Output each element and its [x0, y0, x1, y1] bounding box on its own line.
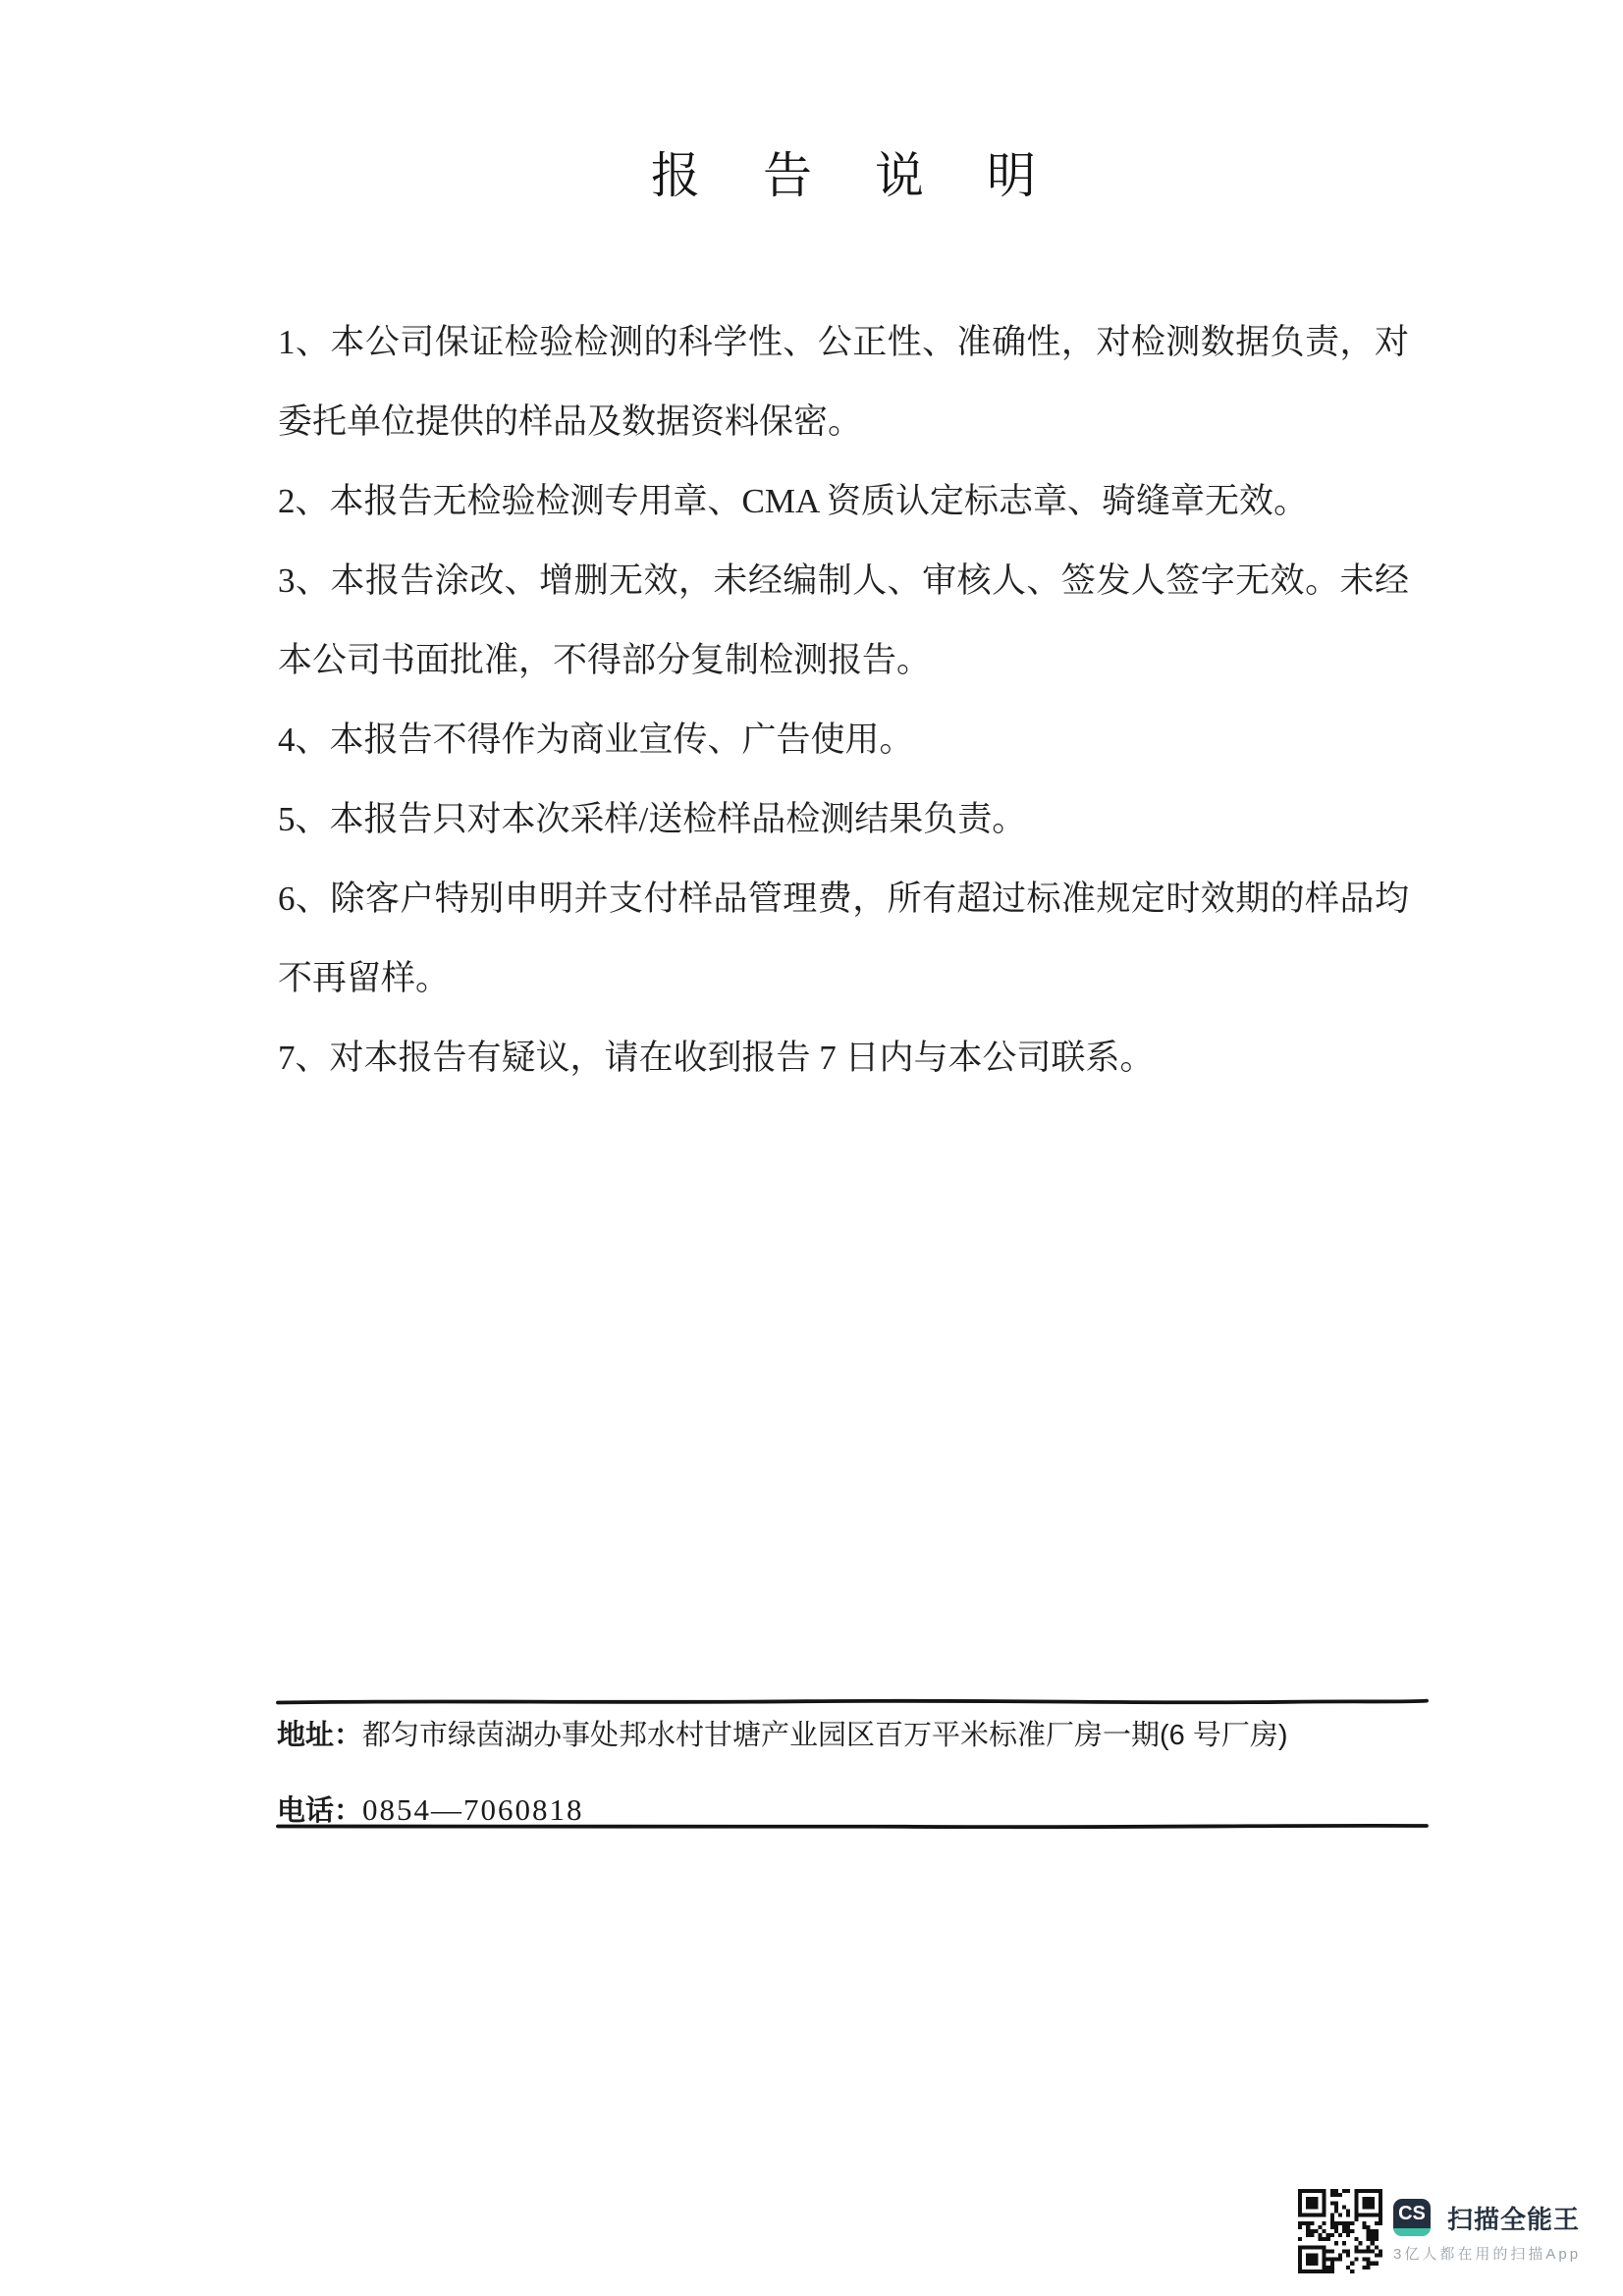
note-line: 5、本报告只对本次采样/送检样品检测结果负责。	[278, 779, 1409, 859]
hand-drawn-line	[276, 1697, 1429, 1707]
note-line: 3、本报告涂改、增删无效，未经编制人、审核人、签发人签字无效。未经	[278, 541, 1409, 620]
app-name: 扫描全能王	[1447, 2200, 1580, 2236]
address-row: 地址：都匀市绿茵湖办事处邦水村甘塘产业园区百万平米标准厂房一期(6 号厂房)	[277, 1713, 1430, 1753]
camscanner-logo-label: CS	[1393, 2199, 1431, 2228]
app-tagline: 3亿人都在用的扫描App	[1393, 2243, 1581, 2264]
note-line: 本公司书面批准，不得部分复制检测报告。	[278, 620, 1409, 700]
address-value: 都匀市绿茵湖办事处邦水村甘塘产业园区百万平米标准厂房一期(6 号厂房)	[362, 1720, 1288, 1751]
note-line: 6、除客户特别申明并支付样品管理费，所有超过标准规定时效期的样品均	[278, 859, 1409, 938]
address-label: 地址：	[277, 1720, 362, 1751]
footer-rule-bottom	[276, 1822, 1429, 1832]
camscanner-logo-icon: CS	[1393, 2199, 1431, 2236]
notes-section: 1、本公司保证检验检测的科学性、公正性、准确性，对检测数据负责，对 委托单位提供…	[278, 302, 1409, 1097]
note-line: 委托单位提供的样品及数据资料保密。	[278, 382, 1409, 461]
hand-drawn-line	[276, 1822, 1429, 1832]
qr-code-icon	[1298, 2189, 1382, 2273]
note-line: 1、本公司保证检验检测的科学性、公正性、准确性，对检测数据负责，对	[278, 302, 1409, 382]
page-title: 报告说明	[278, 145, 1409, 206]
footer-rule-top	[276, 1697, 1429, 1707]
document-page: 报告说明 1、本公司保证检验检测的科学性、公正性、准确性，对检测数据负责，对 委…	[0, 0, 1623, 2296]
scanner-watermark-text: CS 扫描全能王 3亿人都在用的扫描App	[1393, 2189, 1581, 2264]
note-line: 4、本报告不得作为商业宣传、广告使用。	[278, 700, 1409, 779]
note-line: 7、对本报告有疑议，请在收到报告 7 日内与本公司联系。	[278, 1018, 1409, 1097]
camscanner-logo-accent	[1393, 2228, 1431, 2236]
note-line: 不再留样。	[278, 938, 1409, 1018]
scanner-watermark: CS 扫描全能王 3亿人都在用的扫描App	[1298, 2189, 1581, 2273]
note-line: 2、本报告无检验检测专用章、CMA 资质认定标志章、骑缝章无效。	[278, 461, 1409, 541]
